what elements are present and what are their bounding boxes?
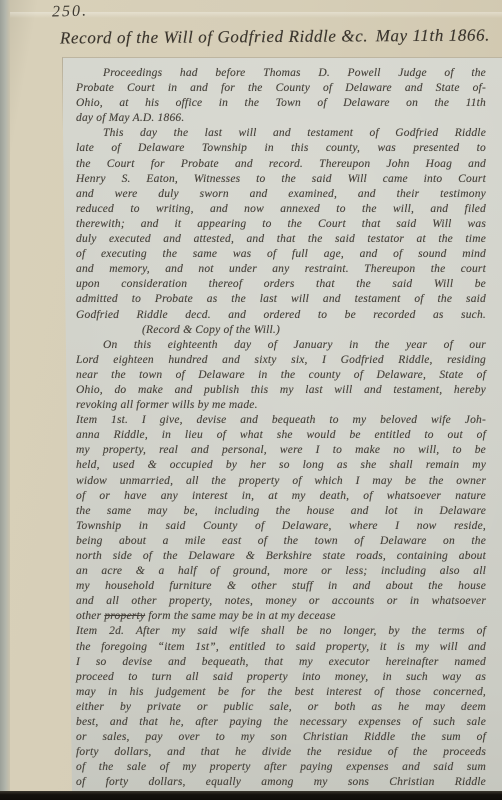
manuscript-line: other property form the same may be in a… (76, 609, 486, 624)
manuscript-line: widow unmarried, all the property of whi… (76, 474, 486, 489)
manuscript-line: of the sale of my property after paying … (76, 760, 486, 775)
manuscript-line: Township in said County of Delaware, whe… (76, 519, 486, 534)
manuscript-line: (Record & Copy of the Will.) (76, 323, 486, 338)
manuscript-line: This day the last will and testament of … (76, 126, 486, 141)
manuscript-line: Henry S. Eaton, Witnesses to the said Wi… (76, 172, 486, 187)
manuscript-leaf: Proceedings had before Thomas D. Powell … (62, 57, 502, 792)
manuscript-line: being about a mile east of the town of D… (76, 534, 486, 549)
manuscript-line: best, and that he, after paying the nece… (76, 715, 486, 730)
manuscript-line: I so devise and bequeath, that my execut… (76, 655, 486, 670)
manuscript-line: held, used & occupied by her so long as … (76, 458, 486, 473)
manuscript-line: my household furniture & other stuff in … (76, 579, 486, 594)
manuscript-line: my property, real and personal, were I t… (76, 443, 486, 458)
manuscript-line: of or have any interest in, at my death,… (76, 489, 486, 504)
manuscript-line: of executing the same was of full age, a… (76, 247, 486, 262)
manuscript-line: and all other property, notes, money or … (76, 594, 486, 609)
manuscript-line: Probate Court in and for the County of D… (76, 81, 486, 96)
manuscript-line: Ohio, at his office in the Town of Delaw… (76, 96, 486, 111)
manuscript-line: the Court for Probate and record. Thereu… (76, 157, 486, 172)
manuscript-line: either by private or public sale, or bot… (76, 700, 486, 715)
manuscript-line: reduced to writing, and now annexed to t… (76, 202, 486, 217)
manuscript-line: and were duly sworn and examined, and th… (76, 187, 486, 202)
record-book-photo: 250. Record of the Will of Godfried Ridd… (0, 0, 502, 800)
manuscript-line: day of May A.D. 1866. (76, 111, 486, 126)
manuscript-text: Proceedings had before Thomas D. Powell … (76, 66, 486, 791)
record-title: Record of the Will of Godfried Riddle &c… (60, 25, 490, 48)
photo-edge-bottom (0, 791, 502, 800)
manuscript-line: Lord eighteen hundred and sixty six, I G… (76, 353, 486, 368)
manuscript-line: may in his judgement be for the best int… (76, 685, 486, 700)
manuscript-line: the foregoing “item 1st”, entitled to sa… (76, 640, 486, 655)
manuscript-line: Ohio, do make and publish this my last w… (76, 383, 486, 398)
manuscript-line: late of Delaware Township in this county… (76, 141, 486, 156)
record-title-text: Record of the Will of Godfried Riddle &c… (60, 26, 368, 48)
manuscript-line: duly executed and attested, and that the… (76, 232, 486, 247)
manuscript-line: north side of the Delaware & Berkshire s… (76, 549, 486, 564)
manuscript-line: Item 2d. After my said wife shall be no … (76, 624, 486, 639)
manuscript-line: an acre & a half of ground, more or less… (76, 564, 486, 579)
manuscript-line: forty dollars, and that he divide the re… (76, 745, 486, 760)
manuscript-line: near the town of Delaware in the county … (76, 368, 486, 383)
manuscript-line: anna Riddle, in lieu of what she would b… (76, 428, 486, 443)
manuscript-line: Item 1st. I give, devise and bequeath to… (76, 413, 486, 428)
manuscript-line: of forty dollars, equally among my sons … (76, 775, 486, 790)
manuscript-line: On this eighteenth day of January in the… (76, 338, 486, 353)
book-gutter-edge (0, 0, 10, 791)
page-number: 250. (52, 3, 88, 22)
manuscript-line: admitted to Probate as the last will and… (76, 292, 486, 307)
manuscript-line: Proceedings had before Thomas D. Powell … (76, 66, 486, 81)
manuscript-line: therewith; and it appearing to the Court… (76, 217, 486, 232)
manuscript-line: Godfried Riddle decd. and ordered to be … (76, 308, 486, 323)
manuscript-line: proceed to turn all said property into m… (76, 670, 486, 685)
manuscript-line: revoking all former wills by me made. (76, 398, 486, 413)
manuscript-line: upon consideration thereof orders that t… (76, 277, 486, 292)
manuscript-line: the same may be, including the house and… (76, 504, 486, 519)
manuscript-line: or sales, pay over to my son Christian R… (76, 730, 486, 745)
struck-word: property (104, 610, 145, 622)
manuscript-line: and memory, and not under any restraint.… (76, 262, 486, 277)
record-title-date: May 11th 1866. (376, 25, 490, 46)
